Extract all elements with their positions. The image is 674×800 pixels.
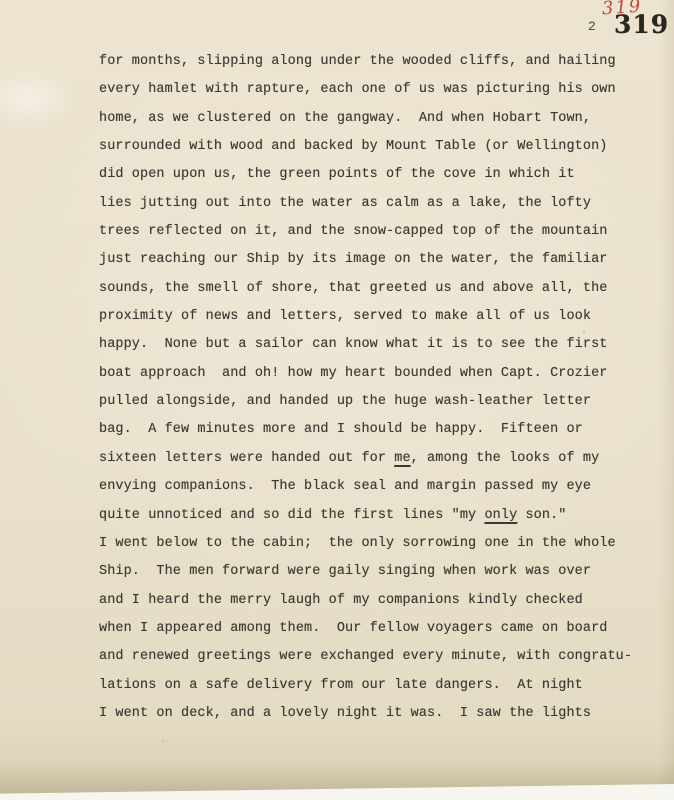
underlined-word: me xyxy=(394,451,410,466)
typed-text-segment: proximity of news and letters, served to… xyxy=(99,309,591,324)
typed-text-segment: lations on a safe delivery from our late… xyxy=(99,678,583,693)
typed-text-segment: happy. None but a sailor can know what i… xyxy=(99,337,607,352)
typed-text-segment: surrounded with wood and backed by Mount… xyxy=(99,139,607,154)
typed-text-segment: sounds, the smell of shore, that greeted… xyxy=(99,281,607,296)
typed-line: home, as we clustered on the gangway. An… xyxy=(99,105,644,133)
typed-line: and renewed greetings were exchanged eve… xyxy=(99,643,644,671)
typed-line: surrounded with wood and backed by Mount… xyxy=(99,133,644,161)
typed-line: every hamlet with rapture, each one of u… xyxy=(99,76,644,104)
typed-text-segment: quite unnoticed and so did the first lin… xyxy=(99,508,484,523)
typed-line: I went below to the cabin; the only sorr… xyxy=(99,530,644,558)
typed-line: lies jutting out into the water as calm … xyxy=(99,190,644,218)
typed-text-segment: bag. A few minutes more and I should be … xyxy=(99,422,583,437)
typed-line: trees reflected on it, and the snow-capp… xyxy=(99,218,644,246)
typed-text-segment: when I appeared among them. Our fellow v… xyxy=(99,621,607,636)
typed-line: quite unnoticed and so did the first lin… xyxy=(99,502,644,530)
typed-line: Ship. The men forward were gaily singing… xyxy=(99,558,644,586)
typed-line: boat approach and oh! how my heart bound… xyxy=(99,360,644,388)
typed-line: happy. None but a sailor can know what i… xyxy=(99,331,644,359)
typed-line: lations on a safe delivery from our late… xyxy=(99,672,644,700)
typed-text-segment: lies jutting out into the water as calm … xyxy=(99,196,591,211)
typed-line: sounds, the smell of shore, that greeted… xyxy=(99,275,644,303)
typed-text-segment: home, as we clustered on the gangway. An… xyxy=(99,111,591,126)
typed-line: sixteen letters were handed out for me, … xyxy=(99,445,644,473)
typed-text-segment: Ship. The men forward were gaily singing… xyxy=(99,564,591,579)
underlined-word: only xyxy=(484,508,517,523)
typed-line: pulled alongside, and handed up the huge… xyxy=(99,388,644,416)
typed-line: when I appeared among them. Our fellow v… xyxy=(99,615,644,643)
typed-line: proximity of news and letters, served to… xyxy=(99,303,644,331)
typed-text-segment: pulled alongside, and handed up the huge… xyxy=(99,394,591,409)
typed-text-segment: and renewed greetings were exchanged eve… xyxy=(99,649,632,664)
typed-line: I went on deck, and a lovely night it wa… xyxy=(99,700,644,728)
typed-line: did open upon us, the green points of th… xyxy=(99,161,644,189)
scanned-manuscript-page: 319 2 319 for months, slipping along und… xyxy=(0,0,674,800)
stamped-page-number: 319 xyxy=(614,10,669,39)
typed-sequence-number: 2 xyxy=(588,19,596,34)
typed-line: for months, slipping along under the woo… xyxy=(99,48,644,76)
typed-text-segment: I went on deck, and a lovely night it wa… xyxy=(99,706,591,721)
typed-line: just reaching our Ship by its image on t… xyxy=(99,246,644,274)
typed-line: bag. A few minutes more and I should be … xyxy=(99,416,644,444)
typed-text-segment: I went below to the cabin; the only sorr… xyxy=(99,536,616,551)
typed-text-segment: son." xyxy=(517,508,566,523)
typed-text-block: for months, slipping along under the woo… xyxy=(99,48,644,728)
typed-text-segment: just reaching our Ship by its image on t… xyxy=(99,252,607,267)
typed-text-segment: , among the looks of my xyxy=(411,451,600,466)
typed-text-segment: sixteen letters were handed out for xyxy=(99,451,394,466)
typed-text-segment: and I heard the merry laugh of my compan… xyxy=(99,593,583,608)
typed-line: and I heard the merry laugh of my compan… xyxy=(99,587,644,615)
typed-text-segment: envying companions. The black seal and m… xyxy=(99,479,591,494)
typed-text-segment: for months, slipping along under the woo… xyxy=(99,54,616,69)
typed-text-segment: boat approach and oh! how my heart bound… xyxy=(99,366,607,381)
typed-text-segment: every hamlet with rapture, each one of u… xyxy=(99,82,616,97)
typed-text-segment: trees reflected on it, and the snow-capp… xyxy=(99,224,607,239)
typed-line: envying companions. The black seal and m… xyxy=(99,473,644,501)
typed-text-segment: did open upon us, the green points of th… xyxy=(99,167,575,182)
